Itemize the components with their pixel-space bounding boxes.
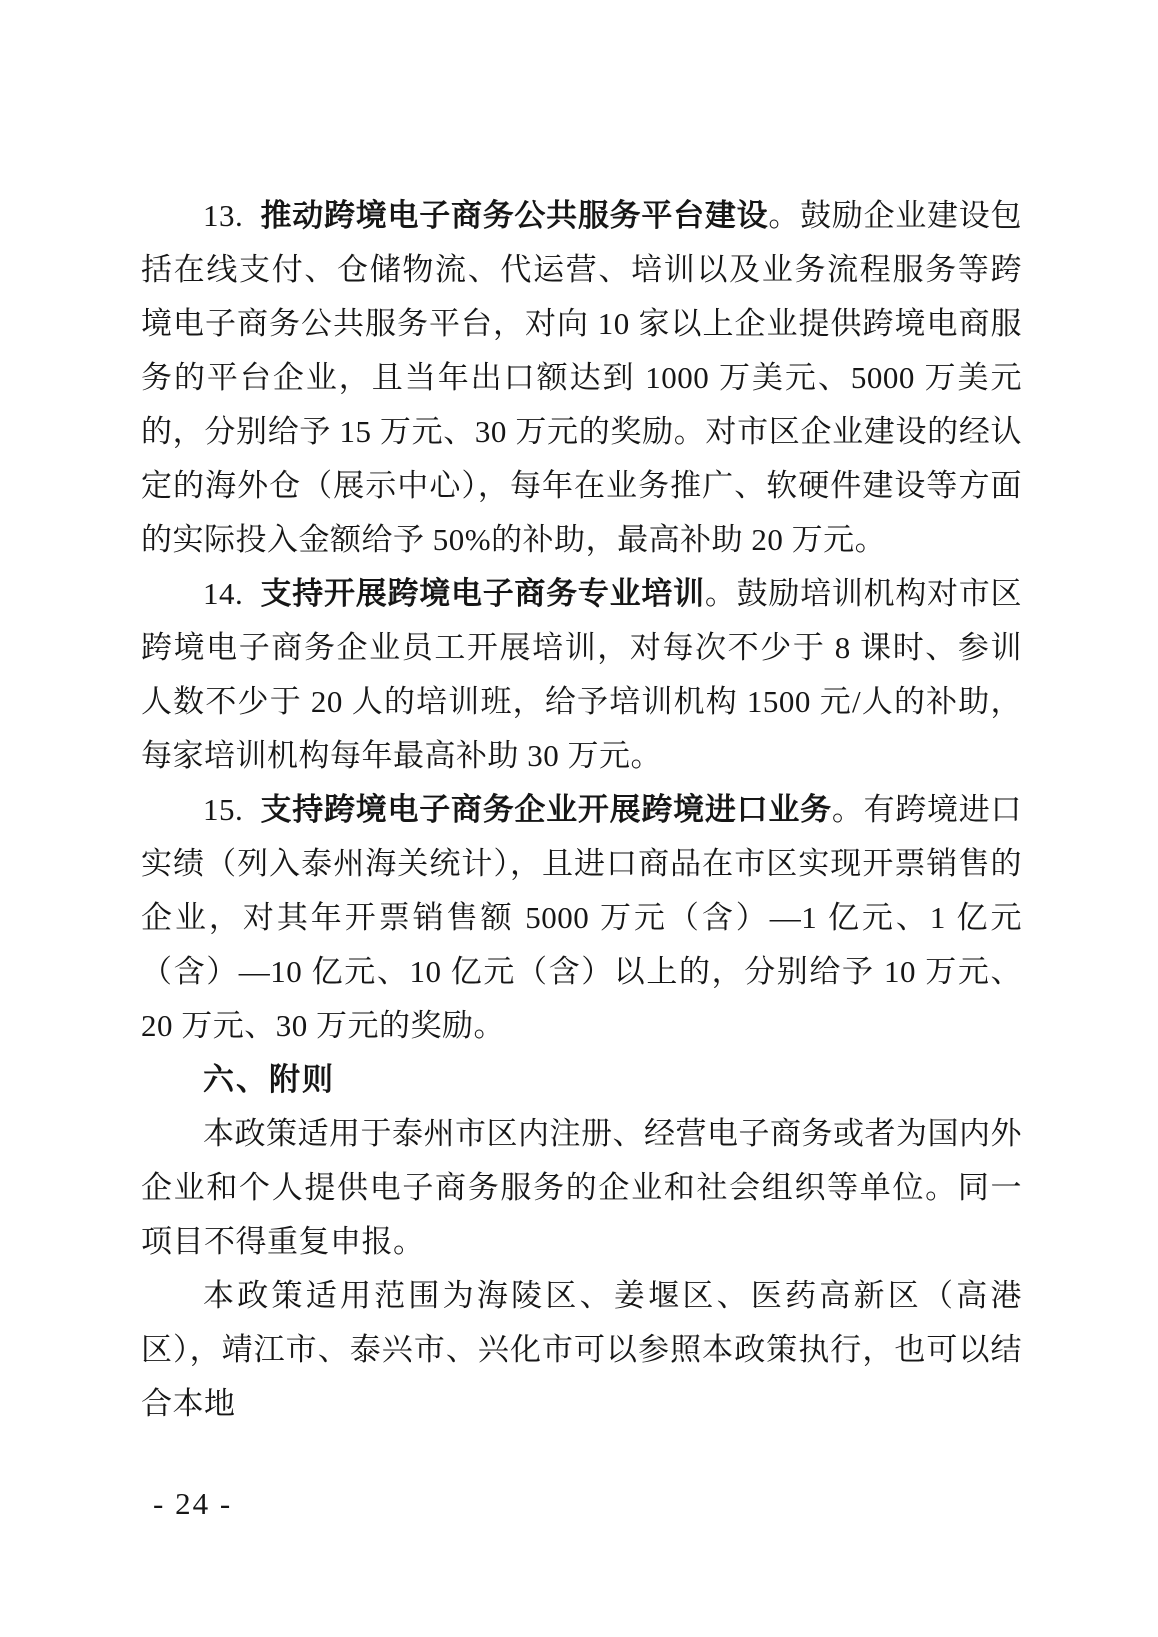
page-number: - 24 - bbox=[153, 1486, 232, 1522]
clause-14-separator: 。 bbox=[705, 576, 737, 611]
clause-15-body: 有跨境进口实绩（列入泰州海关统计），且进口商品在市区实现开票销售的企业，对其年开… bbox=[141, 792, 1022, 1043]
section-heading-supplementary: 六、附则 bbox=[141, 1053, 1022, 1107]
clause-15-separator: 。 bbox=[832, 792, 864, 827]
clause-13-heading: 推动跨境电子商务公共服务平台建设 bbox=[260, 198, 768, 233]
clause-13-paragraph: 13.推动跨境电子商务公共服务平台建设。鼓励企业建设包括在线支付、仓储物流、代运… bbox=[141, 189, 1022, 567]
clause-13-number: 13. bbox=[203, 198, 243, 233]
clause-14-number: 14. bbox=[203, 576, 243, 611]
clause-14-heading: 支持开展跨境电子商务专业培训 bbox=[260, 576, 705, 611]
closing-paragraph-scope: 本政策适用于泰州市区内注册、经营电子商务或者为国内外企业和个人提供电子商务服务的… bbox=[141, 1107, 1022, 1269]
document-page: 13.推动跨境电子商务公共服务平台建设。鼓励企业建设包括在线支付、仓储物流、代运… bbox=[0, 0, 1158, 1637]
clause-13-body: 鼓励企业建设包括在线支付、仓储物流、代运营、培训以及业务流程服务等跨境电子商务公… bbox=[141, 198, 1022, 557]
closing-paragraph-regions: 本政策适用范围为海陵区、姜堰区、医药高新区（高港区），靖江市、泰兴市、兴化市可以… bbox=[141, 1269, 1022, 1431]
clause-15-heading: 支持跨境电子商务企业开展跨境进口业务 bbox=[260, 792, 832, 827]
document-body: 13.推动跨境电子商务公共服务平台建设。鼓励企业建设包括在线支付、仓储物流、代运… bbox=[141, 189, 1022, 1431]
clause-14-paragraph: 14.支持开展跨境电子商务专业培训。鼓励培训机构对市区跨境电子商务企业员工开展培… bbox=[141, 567, 1022, 783]
clause-15-number: 15. bbox=[203, 792, 243, 827]
clause-15-paragraph: 15.支持跨境电子商务企业开展跨境进口业务。有跨境进口实绩（列入泰州海关统计），… bbox=[141, 783, 1022, 1053]
clause-13-separator: 。 bbox=[768, 198, 800, 233]
